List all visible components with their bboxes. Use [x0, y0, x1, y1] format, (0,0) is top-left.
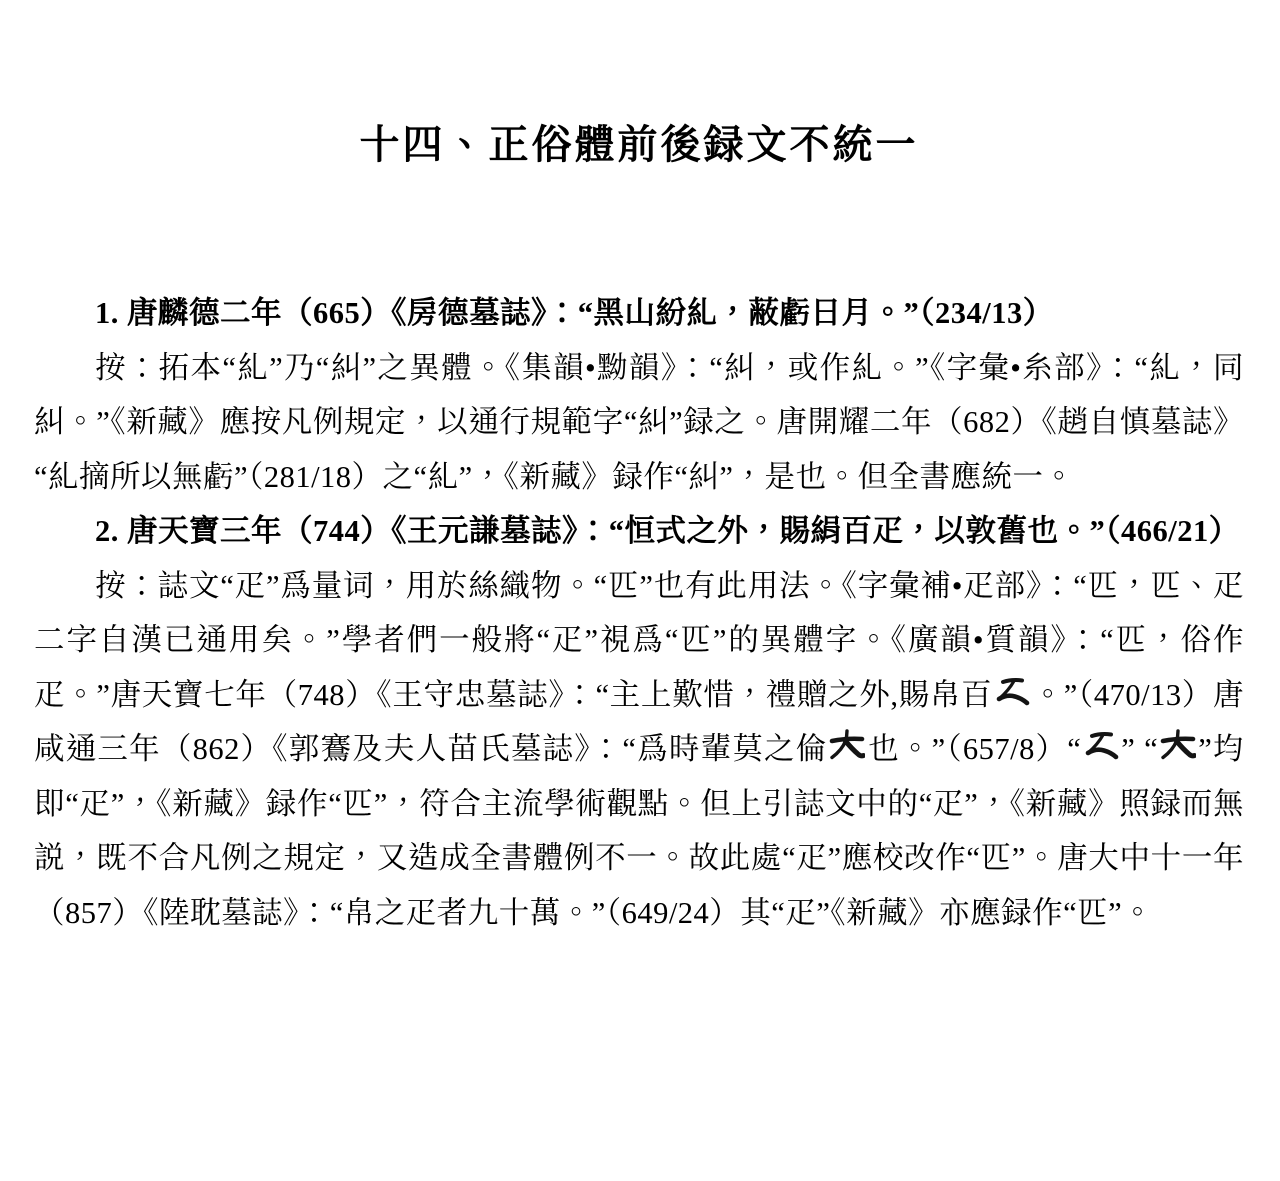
- item-1-commentary-text: 按：拓本“糺”乃“糾”之異體。《集韻•黝韻》：“糾，或作糺。”《字彙•糸部》：“…: [34, 351, 1244, 494]
- item-2-heading-text: 2. 唐天寶三年（744）《王元謙墓誌》：“恒式之外，賜絹百疋，以敦舊也。”（4…: [95, 514, 1240, 548]
- pi-variant-glyph-b-icon: [1160, 728, 1196, 764]
- item-2-commentary: 按：誌文“疋”爲量词，用於絲織物。“匹”也有此用法。《字彙補•疋部》：“匹，匹、…: [34, 559, 1244, 941]
- item-1-commentary: 按：拓本“糺”乃“糾”之異體。《集韻•黝韻》：“糾，或作糺。”《字彙•糸部》：“…: [34, 341, 1244, 505]
- item-2-heading: 2. 唐天寶三年（744）《王元謙墓誌》：“恒式之外，賜絹百疋，以敦舊也。”（4…: [34, 504, 1244, 559]
- pi-variant-glyph-a-icon: [994, 674, 1030, 710]
- document-page: 十四、正俗體前後録文不統一 1. 唐麟德二年（665）《房德墓誌》：“黑山紛糺，…: [0, 0, 1280, 1181]
- pi-variant-glyph-a-icon: [1083, 728, 1119, 764]
- item-2-commentary-s4: ” “: [1121, 732, 1158, 766]
- item-1-heading-text: 1. 唐麟德二年（665）《房德墓誌》：“黑山紛糺，蔽虧日月。”（234/13）: [95, 296, 1054, 330]
- item-1-heading: 1. 唐麟德二年（665）《房德墓誌》：“黑山紛糺，蔽虧日月。”（234/13）: [34, 286, 1244, 341]
- page-title: 十四、正俗體前後録文不統一: [34, 122, 1244, 168]
- pi-variant-glyph-b-icon: [829, 728, 865, 764]
- item-2-commentary-s3: 也。”（657/8）“: [867, 732, 1081, 766]
